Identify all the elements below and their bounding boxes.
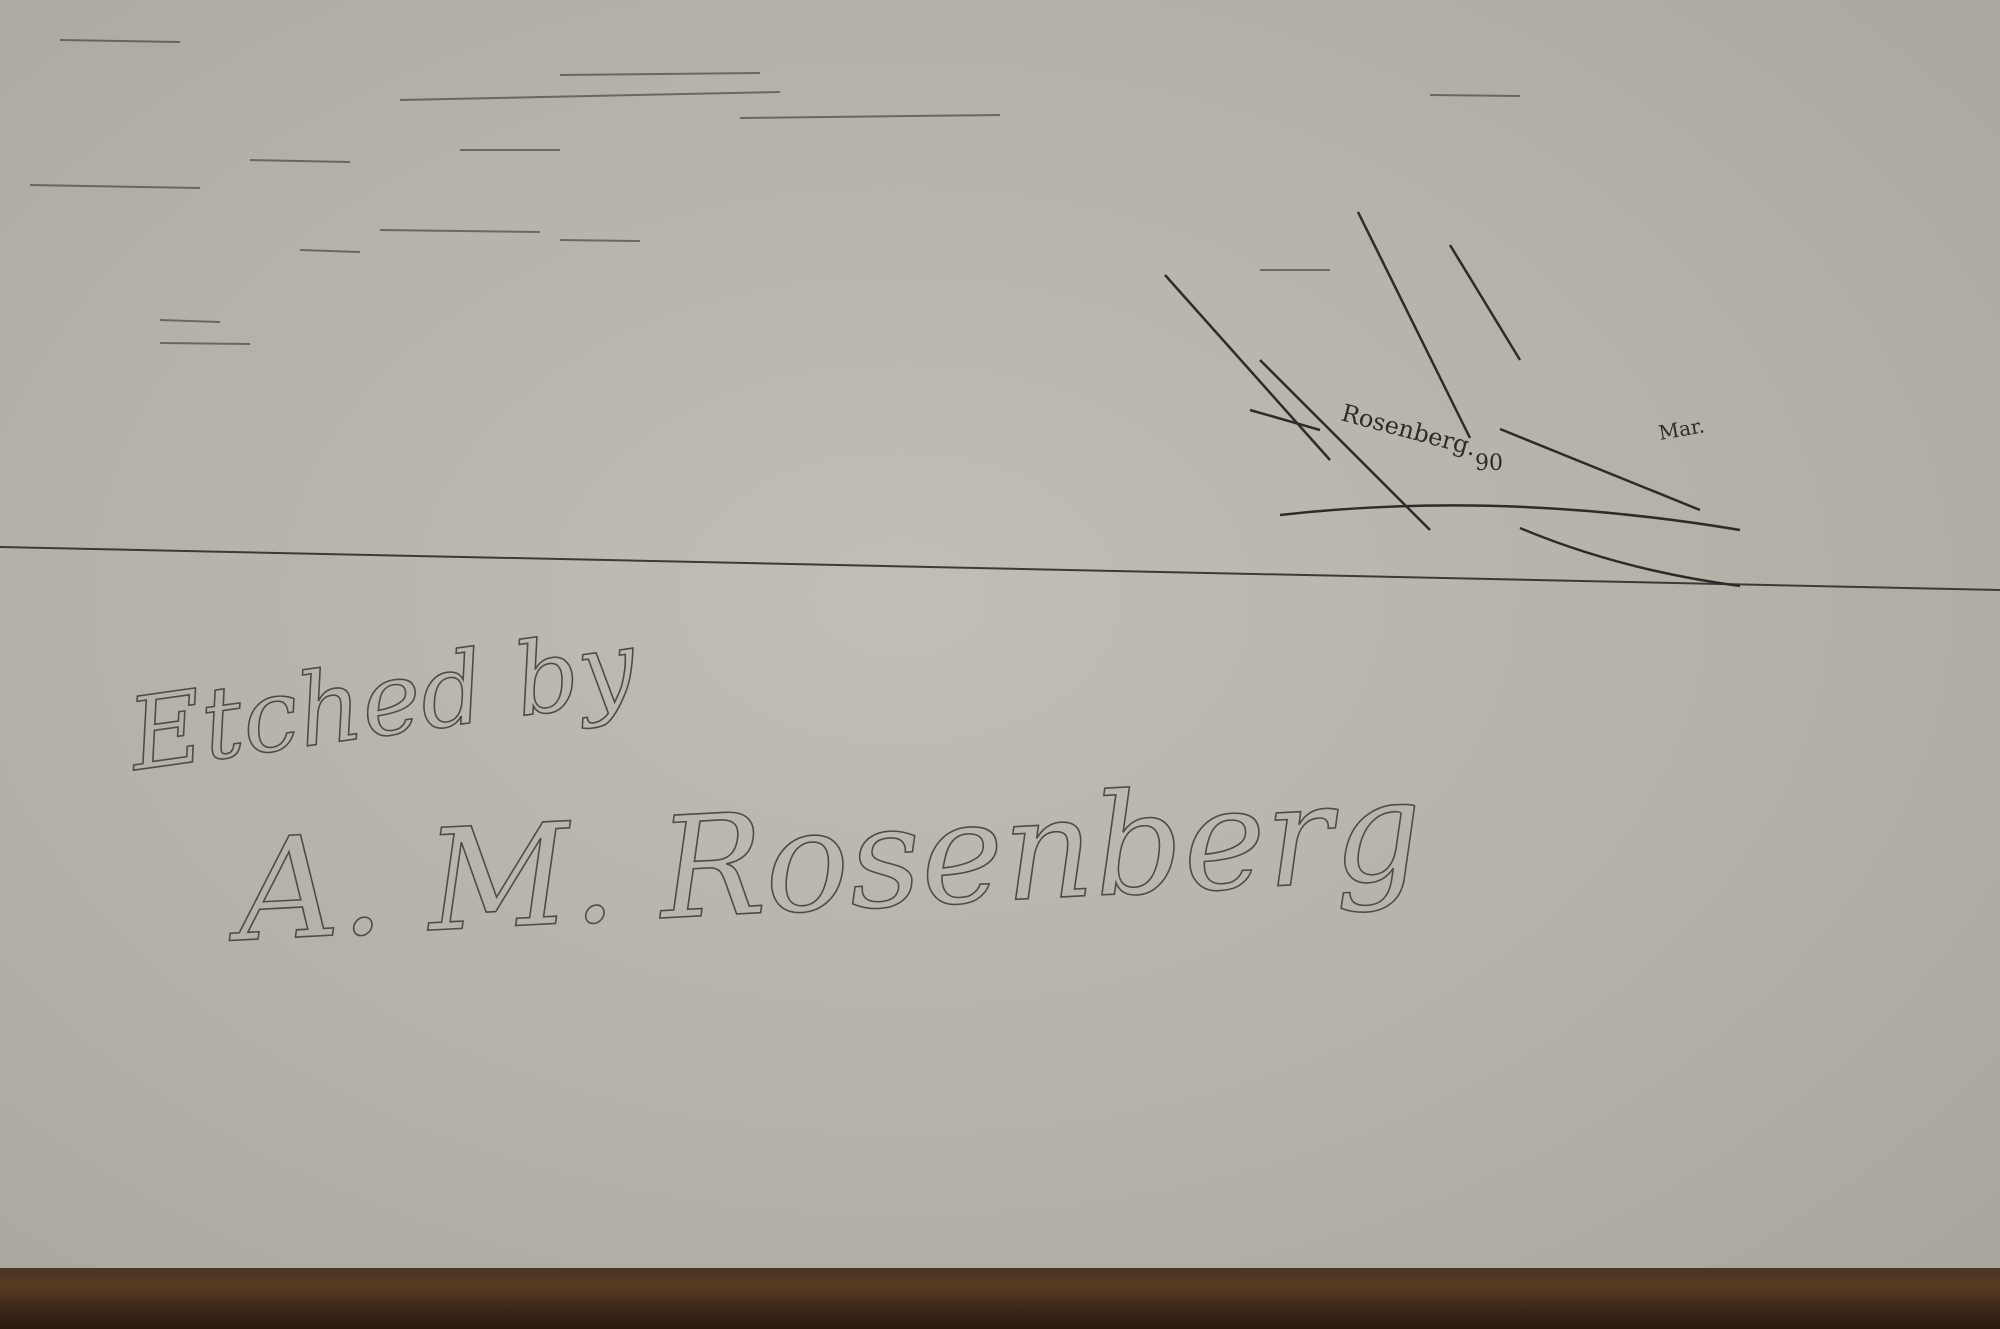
plate-year: 90: [1475, 451, 1503, 476]
caption-line-1: Etched by: [120, 607, 644, 794]
plate-signature: Rosenberg.: [1338, 399, 1479, 462]
etching-photo: Rosenberg. 90 Mar. Etched by A. M. Rosen…: [0, 0, 2000, 1329]
plate-annotation: Mar.: [1657, 413, 1707, 445]
etching-lines: Rosenberg. 90 Mar. Etched by A. M. Rosen…: [0, 0, 2000, 1329]
caption-line-2: A. M. Rosenberg: [222, 749, 1426, 974]
wooden-frame-edge: [0, 1268, 2000, 1329]
